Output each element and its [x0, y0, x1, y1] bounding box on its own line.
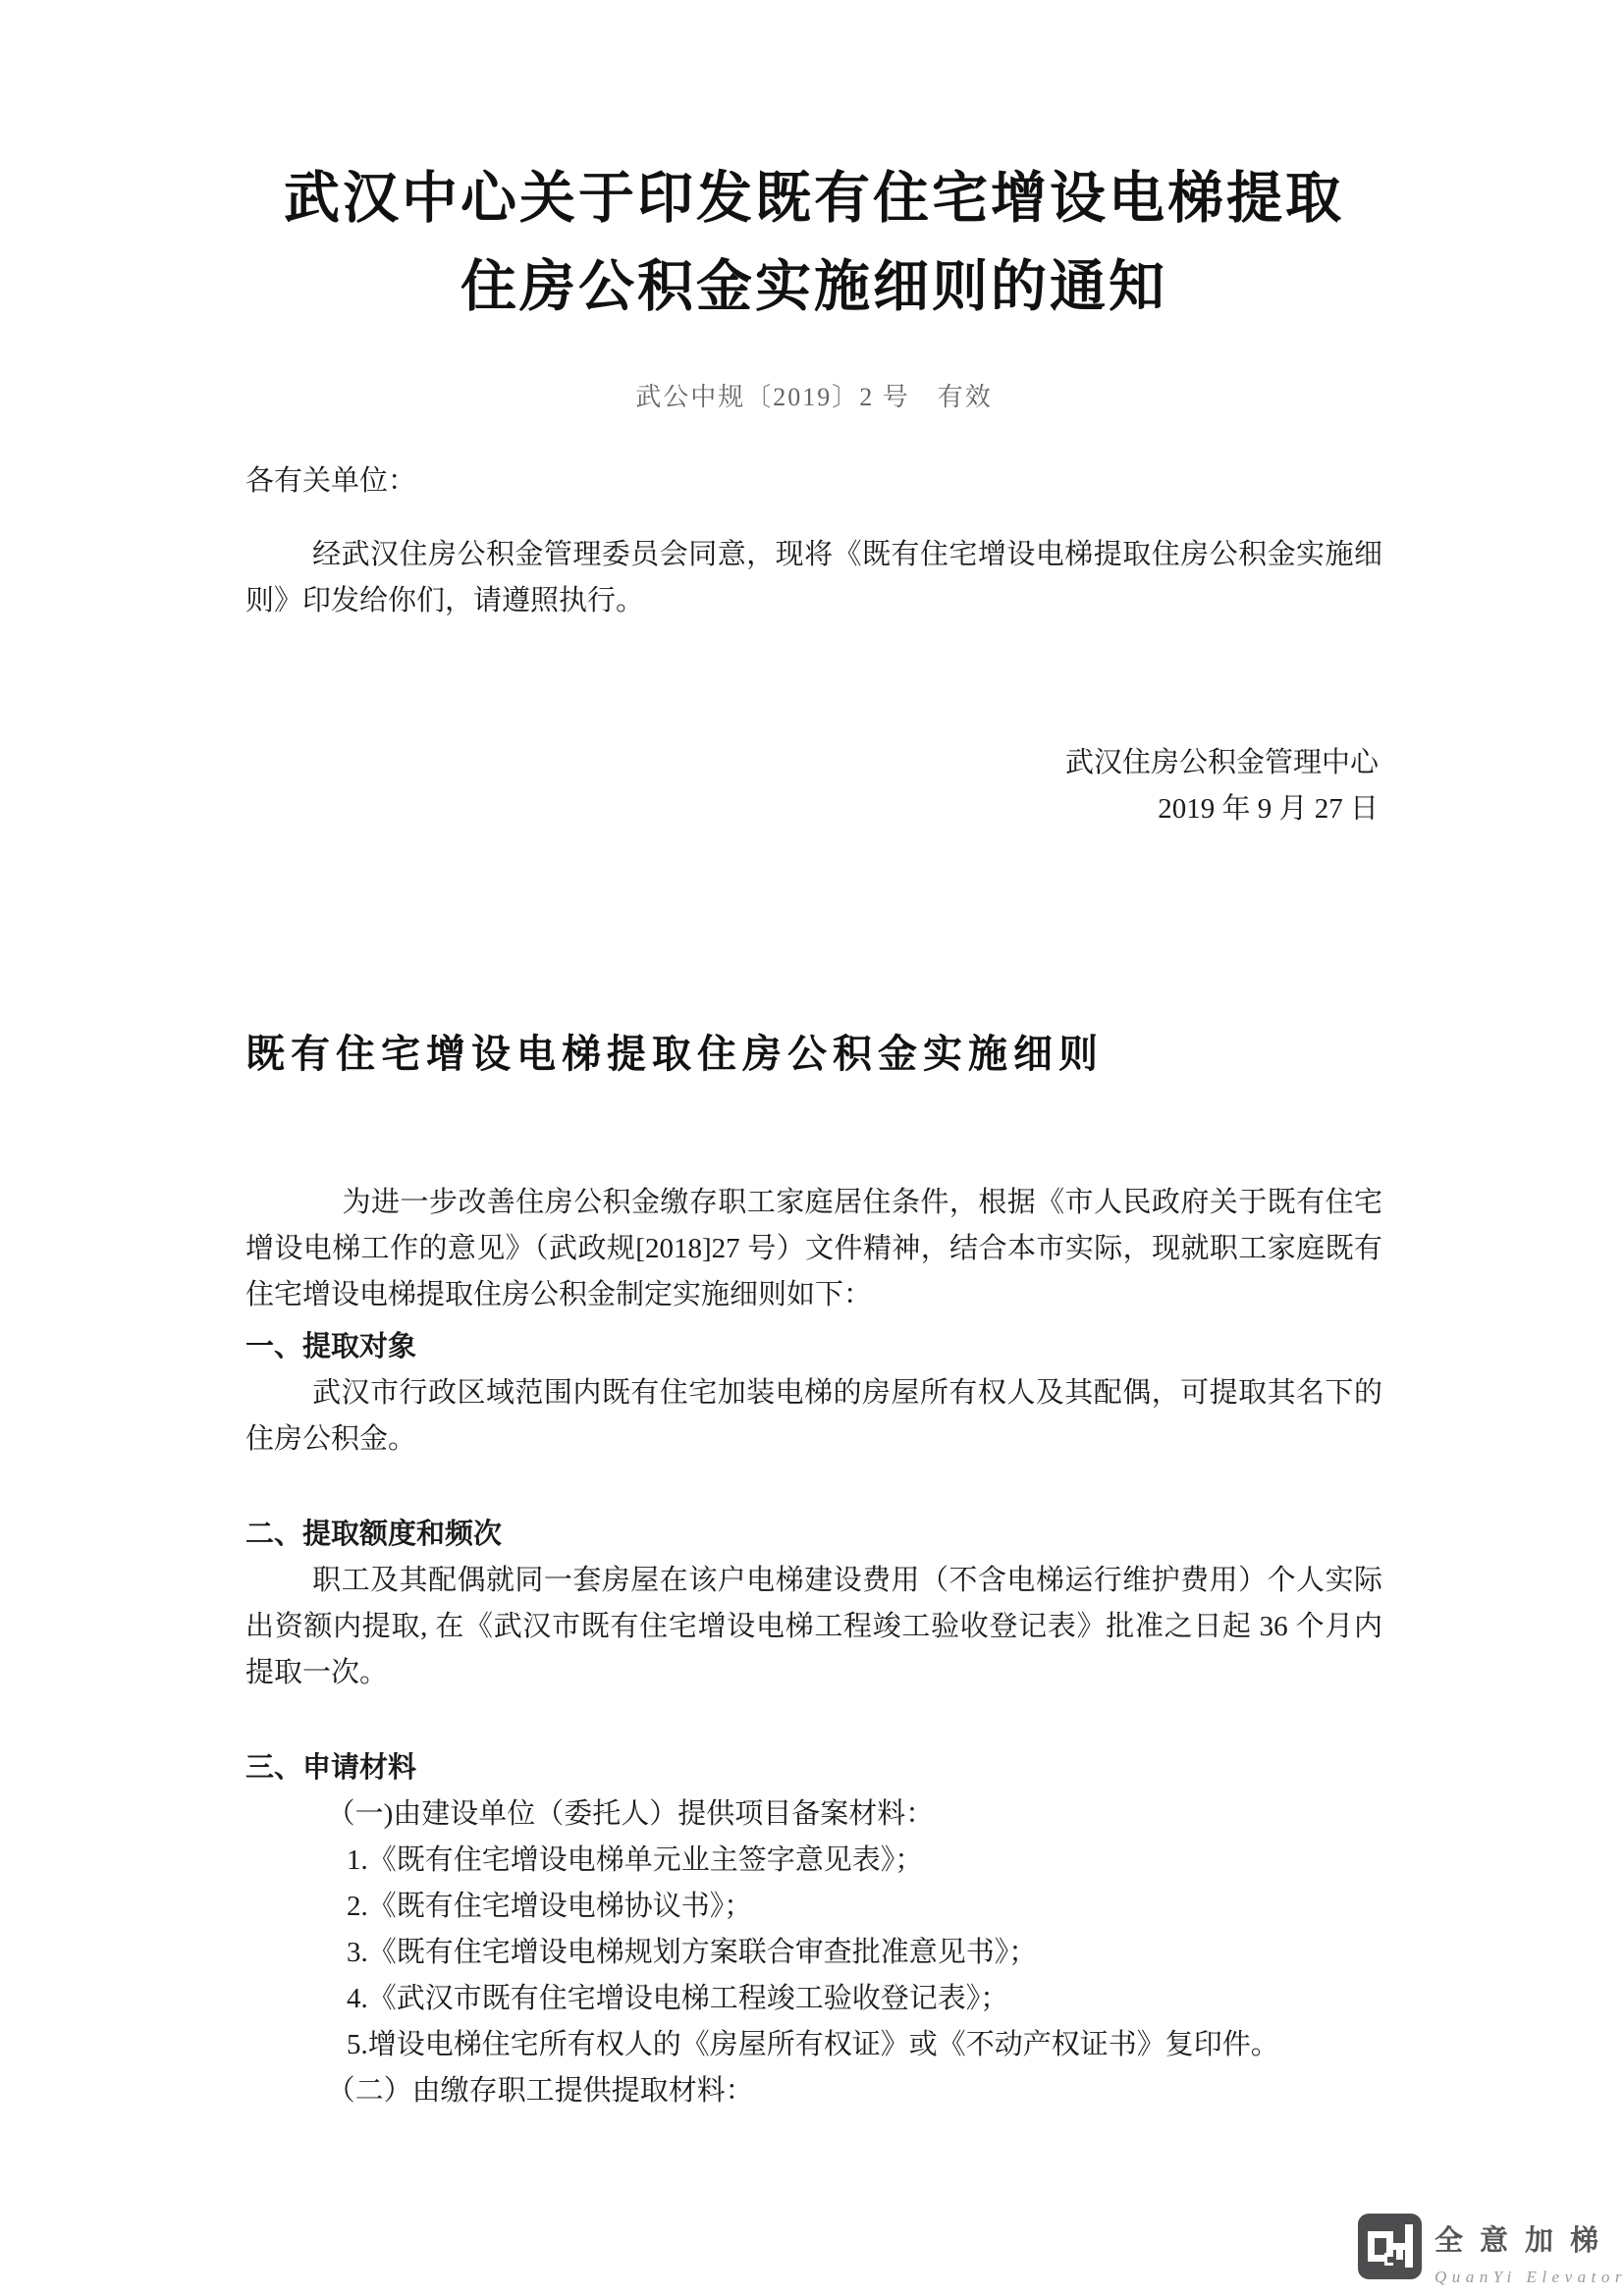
document-title-line2: 住房公积金实施细则的通知	[460, 256, 1167, 318]
quanyi-logo-icon	[1357, 2213, 1423, 2280]
rules-preamble: 为进一步改善住房公积金缴存职工家庭居住条件，根据《市人民政府关于既有住宅增设电梯…	[245, 1180, 1382, 1318]
section2-heading: 二、提取额度和频次	[245, 1512, 1382, 1558]
rules-heading: 既有住宅增设电梯提取住房公积金实施细则	[245, 1027, 1382, 1082]
signature-date: 2019 年 9 月 27 日	[245, 786, 1379, 832]
signature-organization: 武汉住房公积金管理中心	[245, 740, 1379, 786]
notice-document: 武汉中心关于印发既有住宅增设电梯提取 住房公积金实施细则的通知 武公中规〔201…	[245, 0, 1382, 2114]
quanyi-logo-text: 全意加梯 QuanYi Elevator	[1435, 2213, 1624, 2287]
list-item: 1.《既有住宅增设电梯单元业主签字意见表》；	[245, 1838, 1382, 1884]
document-title: 武汉中心关于印发既有住宅增设电梯提取 住房公积金实施细则的通知	[245, 0, 1382, 332]
section3-sub2-heading: （二）由缴存职工提供提取材料：	[245, 2068, 1382, 2114]
list-item: 5.增设电梯住宅所有权人的《房屋所有权证》或《不动产权证书》复印件。	[245, 2022, 1382, 2068]
section2-body: 职工及其配偶就同一套房屋在该户电梯建设费用（不含电梯运行维护费用）个人实际出资额…	[245, 1558, 1382, 1696]
section1-heading: 一、提取对象	[245, 1324, 1382, 1370]
section1-body: 武汉市行政区域范围内既有住宅加装电梯的房屋所有权人及其配偶，可提取其名下的住房公…	[245, 1370, 1382, 1463]
signature-block: 武汉住房公积金管理中心 2019 年 9 月 27 日	[245, 740, 1382, 832]
document-number: 武公中规〔2019〕2 号 有效	[245, 377, 1382, 413]
list-item: 4.《武汉市既有住宅增设电梯工程竣工验收登记表》；	[245, 1976, 1382, 2022]
document-title-line1: 武汉中心关于印发既有住宅增设电梯提取	[284, 168, 1344, 230]
logo-name-cn: 全意加梯	[1435, 2218, 1624, 2259]
logo-name-en: QuanYi Elevator	[1435, 2268, 1624, 2287]
list-item: 2.《既有住宅增设电梯协议书》；	[245, 1884, 1382, 1930]
quanyi-elevator-logo: 全意加梯 QuanYi Elevator	[1357, 2213, 1612, 2287]
section3-sub1-heading: （一)由建设单位（委托人）提供项目备案材料：	[245, 1791, 1382, 1838]
salutation: 各有关单位：	[245, 458, 1382, 505]
section3-heading: 三、申请材料	[245, 1745, 1382, 1791]
notice-paragraph: 经武汉住房公积金管理委员会同意，现将《既有住宅增设电梯提取住房公积金实施细则》印…	[245, 532, 1382, 624]
list-item: 3.《既有住宅增设电梯规划方案联合审查批准意见书》；	[245, 1930, 1382, 1976]
